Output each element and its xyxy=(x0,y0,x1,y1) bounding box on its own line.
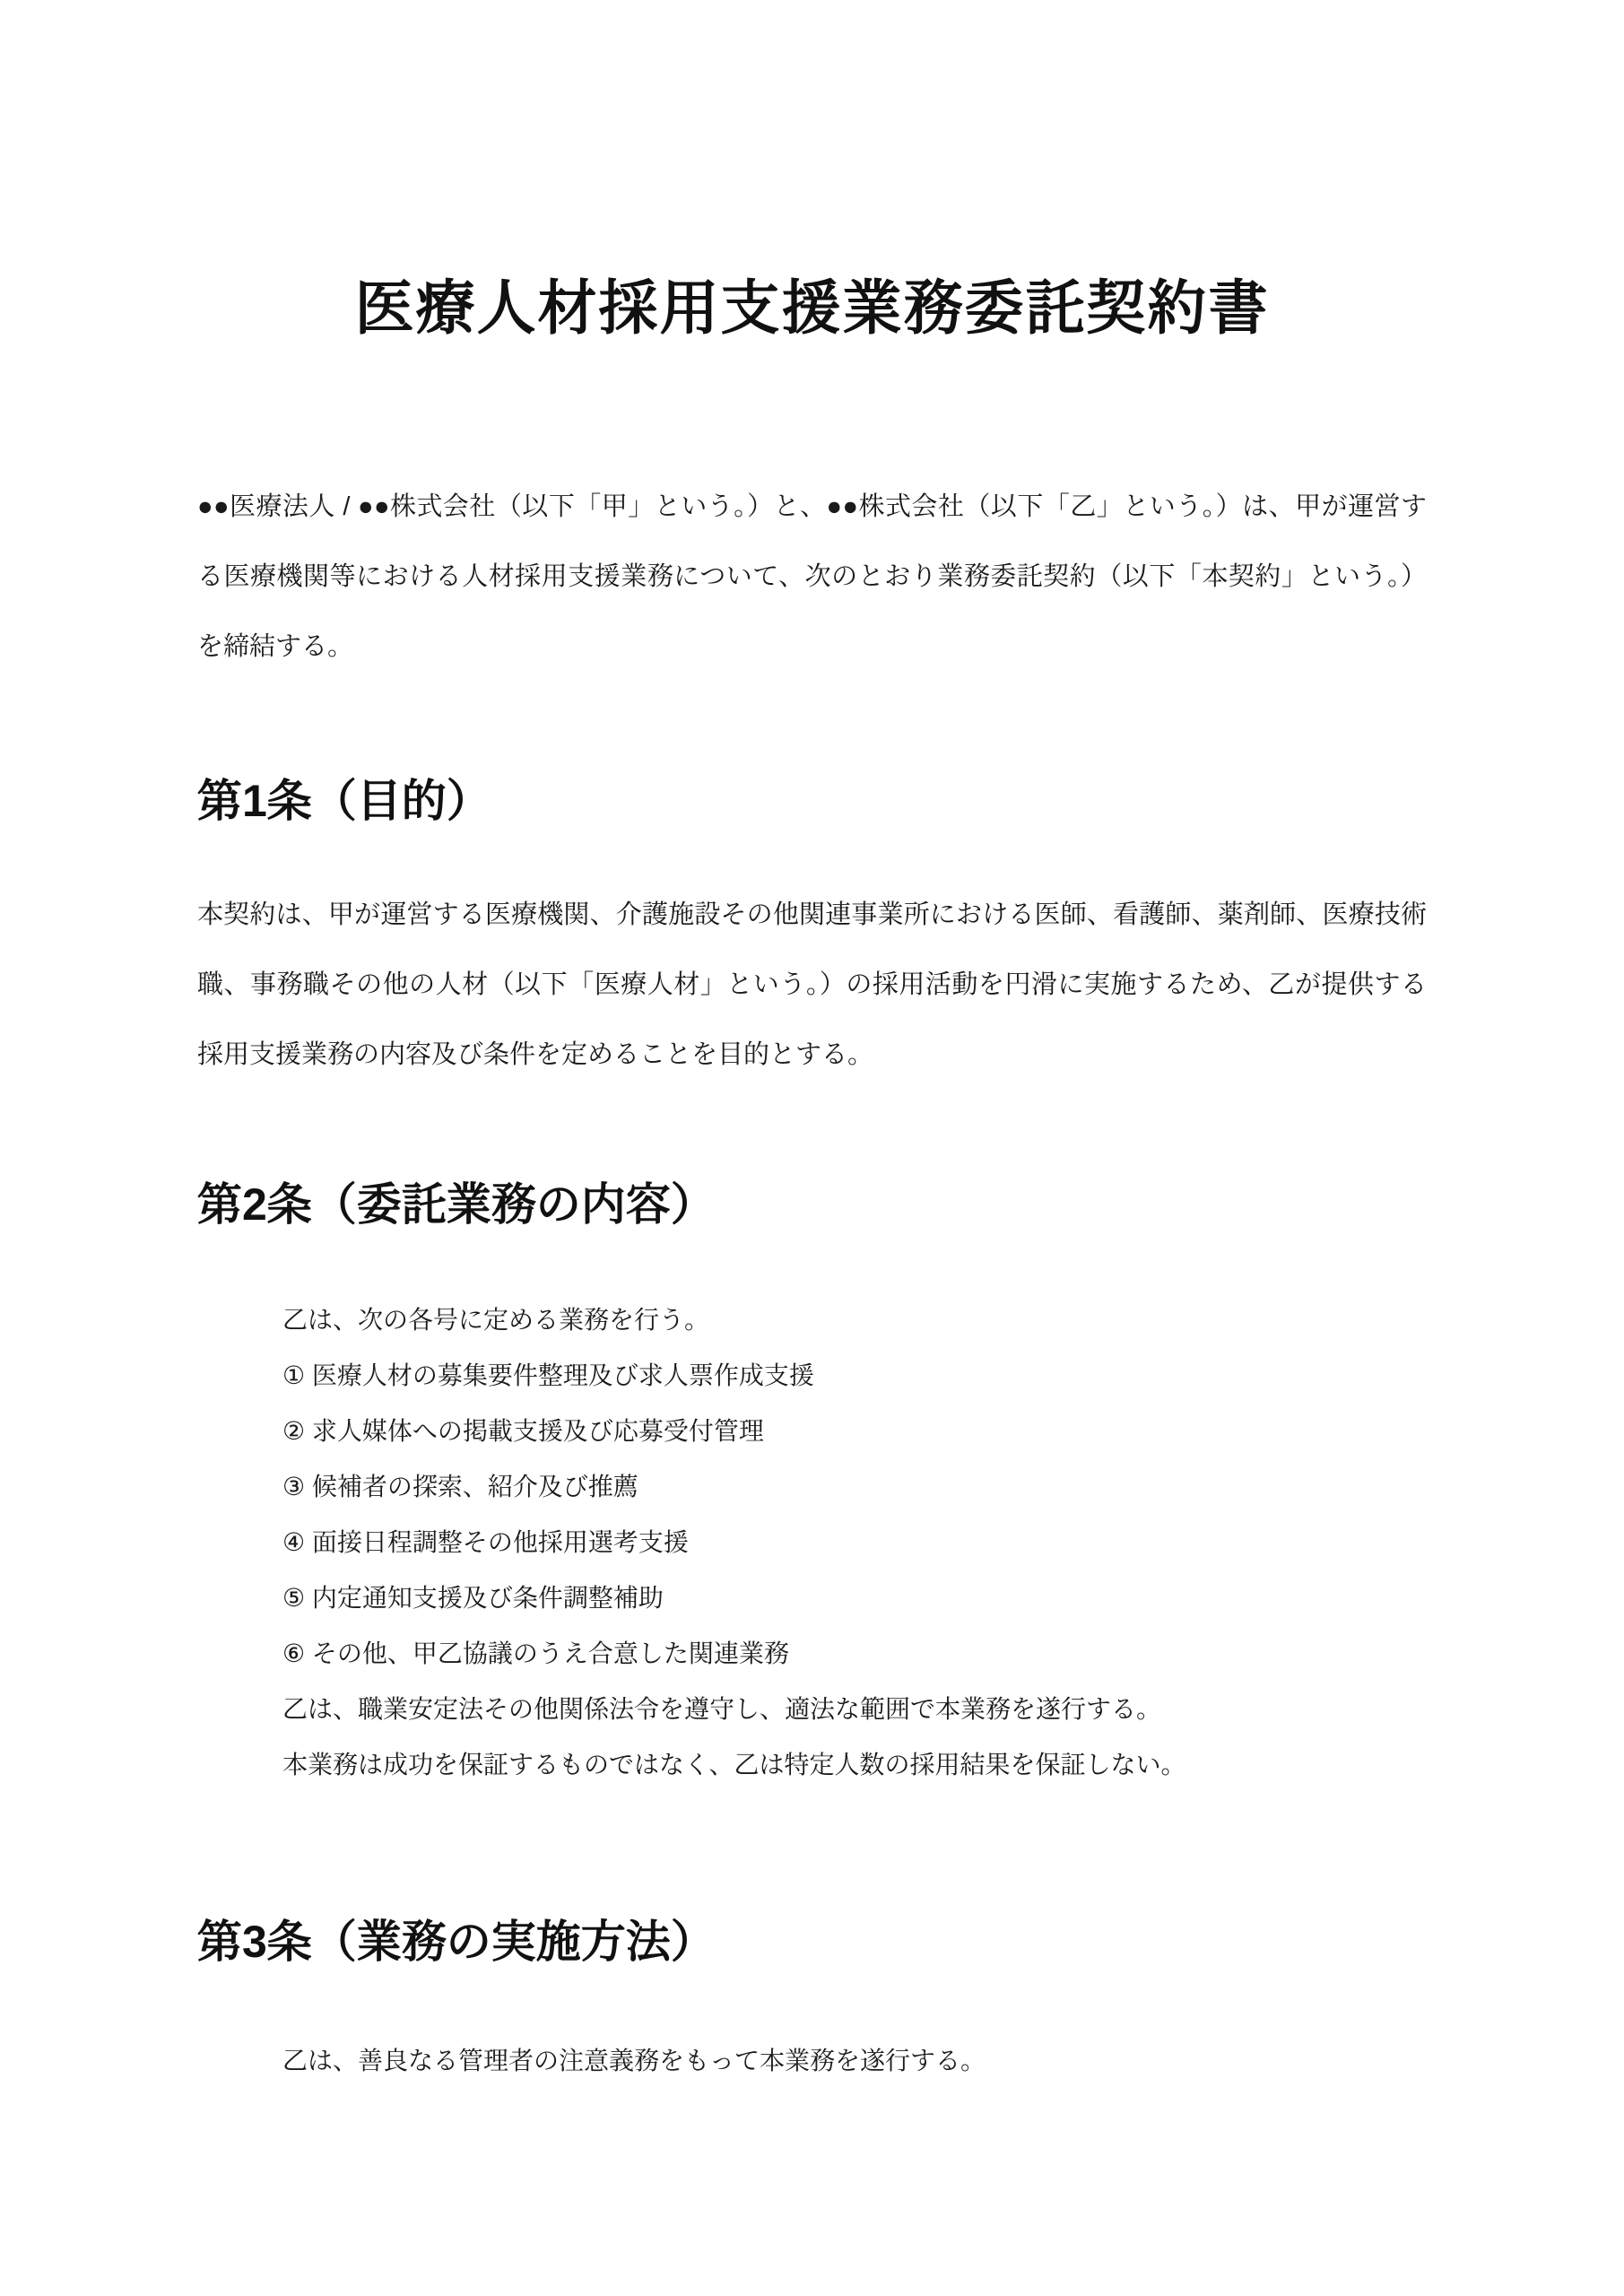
article-1-body: 本契約は、甲が運営する医療機関、介護施設その他関連事業所における医師、看護師、薬… xyxy=(197,880,1427,1090)
article-2-clause-intro: 乙は、次の各号に定める業務を行う。 xyxy=(282,1292,1427,1348)
article-1-heading: 第1条（目的） xyxy=(197,778,1427,824)
document-title: 医療人材採用支援業務委託契約書 xyxy=(197,0,1427,337)
article-2-clause-compliance: 乙は、職業安定法その他関係法令を遵守し、適法な範囲で本業務を遂行する。 xyxy=(282,1682,1427,1737)
article-2-clause-item-2: ② 求人媒体への掲載支援及び応募受付管理 xyxy=(282,1404,1427,1459)
article-3-clause-duty-of-care: 乙は、善良なる管理者の注意義務をもって本業務を遂行する。 xyxy=(282,2033,1427,2089)
article-3-clause-list: 乙は、善良なる管理者の注意義務をもって本業務を遂行する。 xyxy=(197,2033,1427,2089)
preamble-paragraph: ●●医療法人 / ●●株式会社（以下「甲」という。）と、●●株式会社（以下「乙」… xyxy=(197,472,1427,682)
article-2-clause-item-6: ⑥ その他、甲乙協議のうえ合意した関連業務 xyxy=(282,1626,1427,1682)
contract-document-page: 医療人材採用支援業務委託契約書 ●●医療法人 / ●●株式会社（以下「甲」という… xyxy=(0,0,1624,2296)
article-2-heading: 第2条（委託業務の内容） xyxy=(197,1181,1427,1228)
article-2-clause-list: 乙は、次の各号に定める業務を行う。 ① 医療人材の募集要件整理及び求人票作成支援… xyxy=(197,1292,1427,1793)
article-3-heading: 第3条（業務の実施方法） xyxy=(197,1918,1427,1965)
article-2-clause-item-4: ④ 面接日程調整その他採用選考支援 xyxy=(282,1515,1427,1570)
article-2-clause-item-5: ⑤ 内定通知支援及び条件調整補助 xyxy=(282,1570,1427,1626)
article-2-clause-item-3: ③ 候補者の探索、紹介及び推薦 xyxy=(282,1459,1427,1515)
article-2-clause-item-1: ① 医療人材の募集要件整理及び求人票作成支援 xyxy=(282,1348,1427,1404)
article-2-clause-no-guarantee: 本業務は成功を保証するものではなく、乙は特定人数の採用結果を保証しない。 xyxy=(282,1737,1427,1793)
